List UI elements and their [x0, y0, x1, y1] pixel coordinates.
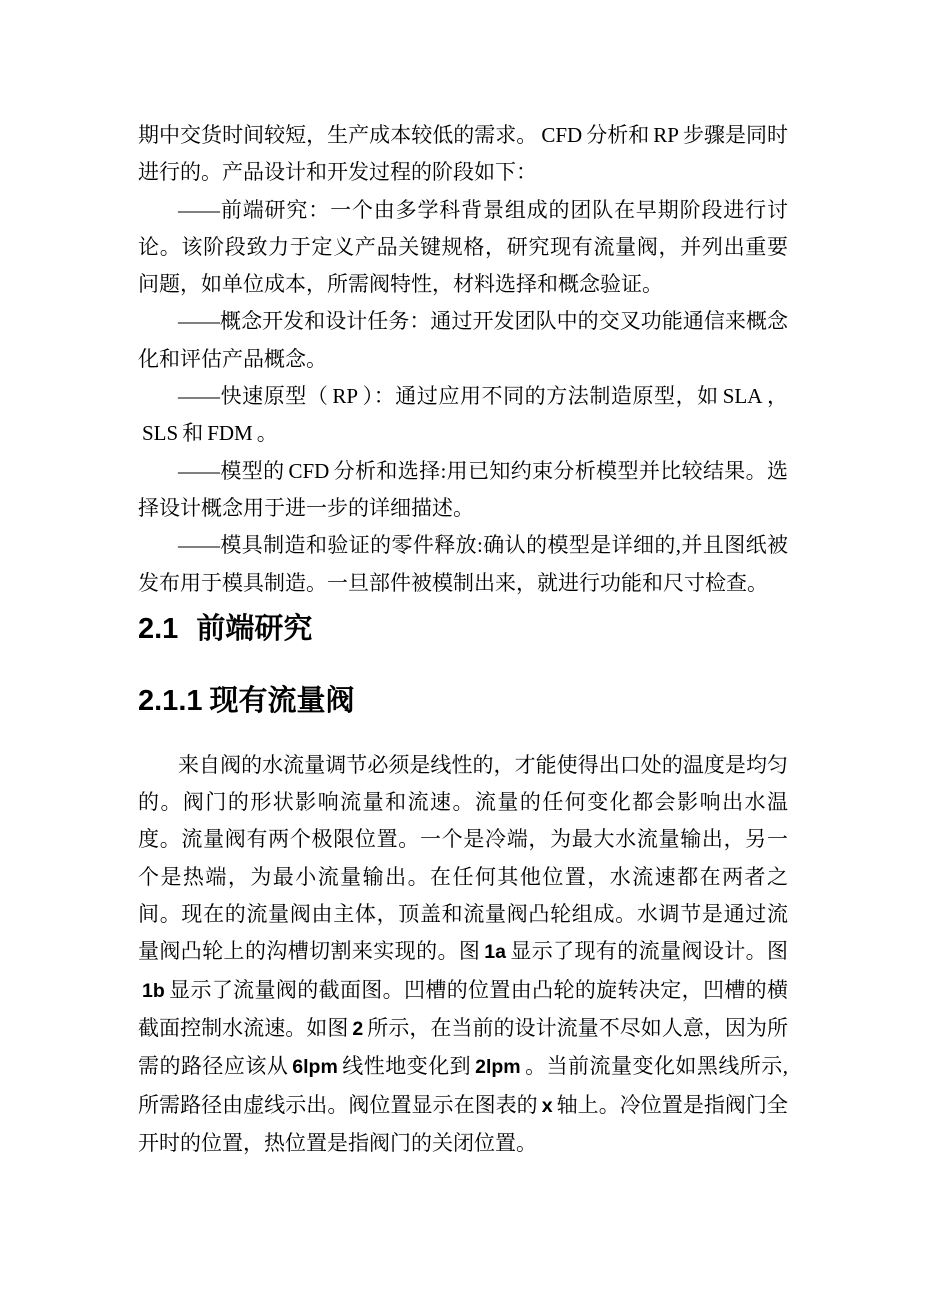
latin-text-run: CFD — [537, 123, 586, 147]
paragraph: 来自阀的水流量调节必须是线性的，才能使得出口处的温度是均匀的。阀门的形状影响流量… — [138, 747, 788, 1162]
heading-text: 现有流量阀 — [210, 685, 355, 717]
text-run: 。 — [257, 421, 278, 445]
paragraph: ——模具制造和验证的零件释放:确认的模型是详细的,并且图纸被发布用于模具制造。一… — [138, 527, 788, 602]
latin-text-run: FDM — [203, 421, 257, 445]
latin-text-run: SLA — [719, 384, 767, 408]
latin-text-run: 2lpm — [471, 1056, 525, 1078]
section-heading-2-1-1: 2.1.1现有流量阀 — [138, 681, 788, 721]
text-run: ——概念开发和设计任务：通过开发团队中的交叉功能通信来概念化和评估产品概念。 — [138, 309, 788, 370]
heading-number: 2.1.1 — [138, 685, 203, 717]
latin-text-run: 2 — [348, 1018, 367, 1040]
heading-number: 2.1 — [138, 613, 178, 645]
text-run: ——模具制造和验证的零件释放:确认的模型是详细的,并且图纸被发布用于模具制造。一… — [138, 533, 788, 594]
text-run: 期中交货时间较短，生产成本较低的需求。 — [138, 123, 537, 147]
paragraph: ——快速原型（RP）：通过应用不同的方法制造原型，如SLA，SLS和FDM。 — [138, 378, 788, 453]
text-run: 来自阀的水流量调节必须是线性的，才能使得出口处的温度是均匀的。阀门的形状影响流量… — [138, 753, 788, 963]
paragraph: ——模型的CFD分析和选择:用已知约束分析模型并比较结果。选择设计概念用于进一步… — [138, 453, 788, 528]
section-heading-2-1: 2.1前端研究 — [138, 609, 788, 649]
latin-text-run: SLS — [138, 421, 182, 445]
latin-text-run: 1a — [480, 941, 510, 963]
text-run: ——模型的 — [178, 459, 284, 483]
latin-text-run: 6lpm — [288, 1056, 342, 1078]
text-run: 和 — [182, 421, 203, 445]
latin-text-run: x — [538, 1095, 557, 1117]
paragraph: ——前端研究：一个由多学科背景组成的团队在早期阶段进行讨论。该阶段致力于定义产品… — [138, 192, 788, 304]
document-page: 期中交货时间较短，生产成本较低的需求。CFD分析和RP步骤是同时进行的。产品设计… — [0, 0, 926, 1309]
latin-text-run: RP — [649, 123, 683, 147]
paragraph: 期中交货时间较短，生产成本较低的需求。CFD分析和RP步骤是同时进行的。产品设计… — [138, 117, 788, 192]
text-run: 分析和 — [586, 123, 649, 147]
paragraph: ——概念开发和设计任务：通过开发团队中的交叉功能通信来概念化和评估产品概念。 — [138, 303, 788, 378]
latin-text-run: RP — [328, 384, 362, 408]
heading-text: 前端研究 — [196, 613, 312, 645]
text-run: ——前端研究：一个由多学科背景组成的团队在早期阶段进行讨论。该阶段致力于定义产品… — [138, 198, 788, 297]
text-run: 显示了现有的流量阀设计。图 — [510, 939, 788, 963]
text-run: 线性地变化到 — [342, 1054, 471, 1078]
latin-text-run: 1b — [138, 980, 169, 1002]
text-run: ）：通过应用不同的方法制造原型，如 — [362, 384, 719, 408]
latin-text-run: CFD — [284, 459, 333, 483]
text-run: ， — [766, 384, 788, 408]
document-content: 期中交货时间较短，生产成本较低的需求。CFD分析和RP步骤是同时进行的。产品设计… — [138, 0, 788, 1162]
text-run: ——快速原型（ — [178, 384, 328, 408]
